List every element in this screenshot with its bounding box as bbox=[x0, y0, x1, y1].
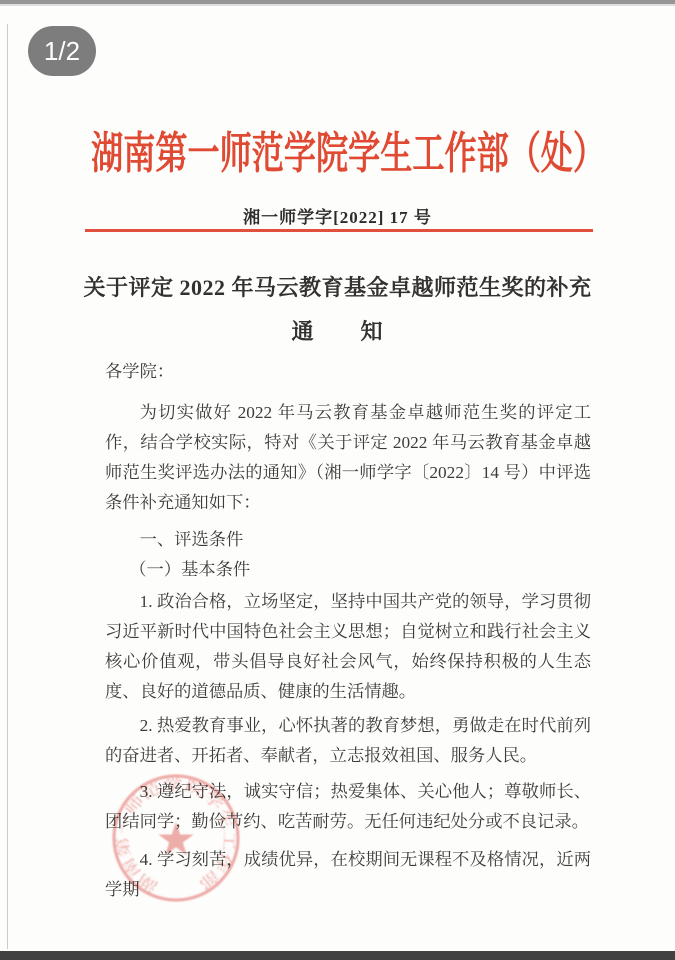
notice-body: 各学院： 为切实做好 2022 年马云教育基金卓越师范生奖的评定工作，结合学校实… bbox=[105, 357, 591, 905]
notice-title-line2: 通 知 bbox=[0, 315, 675, 346]
subsection-heading: （一）基本条件 bbox=[105, 555, 591, 585]
notice-title: 关于评定 2022 年马云教育基金卓越师范生奖的补充 通 知 bbox=[0, 271, 675, 346]
condition-item-2: 2. 热爱教育事业，心怀执著的教育梦想，勇做走在时代前列的奋进者、开拓者、奉献者… bbox=[105, 711, 591, 771]
section-heading: 一、评选条件 bbox=[105, 525, 591, 555]
notice-title-line1: 关于评定 2022 年马云教育基金卓越师范生奖的补充 bbox=[0, 271, 675, 302]
scan-edge-bottom bbox=[0, 951, 675, 960]
condition-item-1: 1. 政治合格，立场坚定，坚持中国共产党的领导，学习贯彻习近平新时代中国特色社会… bbox=[105, 587, 591, 707]
scan-viewer: 1/2 湖南第一师范学院学生工作部（处） 湘一师学字[2022] 17 号 关于… bbox=[0, 0, 675, 960]
letterhead-title: 湖南第一师范学院学生工作部（处） bbox=[91, 117, 584, 181]
document-number: 湘一师学字[2022] 17 号 bbox=[0, 203, 675, 228]
page-indicator-badge: 1/2 bbox=[28, 26, 96, 76]
intro-paragraph: 为切实做好 2022 年马云教育基金卓越师范生奖的评定工作，结合学校实际，特对《… bbox=[105, 398, 591, 518]
letterhead-divider bbox=[85, 229, 593, 232]
condition-item-3: 3. 遵纪守法，诚实守信；热爱集体、关心他人；尊敬师长、团结同学；勤俭节约、吃苦… bbox=[105, 777, 591, 837]
scan-edge-top-soft bbox=[0, 4, 675, 6]
salutation: 各学院： bbox=[105, 357, 591, 387]
condition-item-4: 4. 学习刻苦，成绩优异，在校期间无课程不及格情况，近两学期 bbox=[105, 845, 591, 905]
scan-edge-left bbox=[7, 24, 8, 949]
